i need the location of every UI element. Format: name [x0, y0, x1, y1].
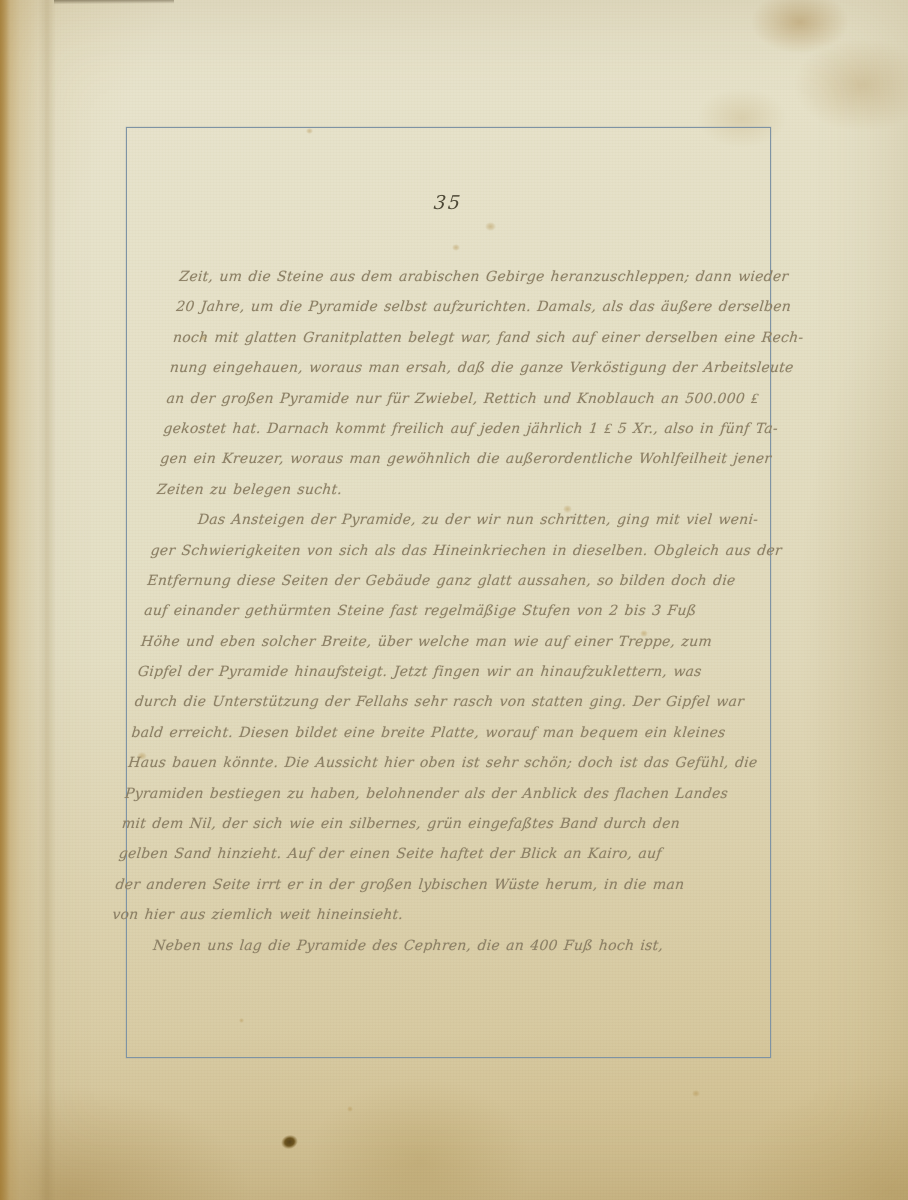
- handwriting-line: Entfernung diese Seiten der Gebäude ganz…: [146, 566, 714, 596]
- handwriting-line: durch die Unterstützung der Fellahs sehr…: [133, 687, 701, 717]
- foxing-spot: [347, 1106, 353, 1112]
- handwriting-line: Gipfel der Pyramide hinaufsteigt. Jetzt …: [136, 657, 704, 687]
- handwriting-line: Haus bauen könnte. Die Aussicht hier obe…: [127, 748, 695, 778]
- handwriting-line: mit dem Nil, der sich wie ein silbernes,…: [120, 809, 688, 839]
- handwriting-line: auf einander gethürmten Steine fast rege…: [143, 596, 711, 626]
- handwriting-line: Pyramiden bestiegen zu haben, belohnende…: [124, 779, 692, 809]
- foxing-spot: [692, 1090, 700, 1097]
- handwriting-line: gelben Sand hinzieht. Auf der einen Seit…: [117, 839, 685, 869]
- handwriting-line: Neben uns lag die Pyramide des Cephren, …: [108, 931, 676, 961]
- handwriting-line: gen ein Kreuzer, woraus man gewöhnlich d…: [159, 444, 727, 474]
- foxing-spot: [239, 1018, 244, 1023]
- foxing-spot: [452, 244, 460, 251]
- handwriting-line: an der großen Pyramide nur für Zwiebel, …: [165, 384, 733, 414]
- left-page-edge: [0, 0, 44, 1200]
- foxing-spot: [306, 128, 313, 134]
- handwriting-line: 20 Jahre, um die Pyramide selbst aufzuri…: [175, 292, 743, 322]
- handwriting-line: nung eingehauen, woraus man ersah, daß d…: [168, 353, 736, 383]
- handwriting-line: Das Ansteigen der Pyramide, zu der wir n…: [152, 505, 720, 535]
- handwriting-line: bald erreicht. Diesen bildet eine breite…: [130, 718, 698, 748]
- fold-shadow: [38, 0, 56, 1200]
- handwriting-line: Zeiten zu belegen sucht.: [155, 475, 723, 505]
- top-edge-shadow: [54, 0, 174, 4]
- ink-stain: [279, 1133, 299, 1151]
- left-page-edge-shadow: [0, 0, 10, 1200]
- handwriting-line: noch mit glatten Granitplatten belegt wa…: [171, 323, 739, 353]
- handwriting-line: der anderen Seite irrt er in der großen …: [114, 870, 682, 900]
- handwriting-line: Höhe und eben solcher Breite, über welch…: [139, 627, 707, 657]
- handwriting-line: gekostet hat. Darnach kommt freilich auf…: [162, 414, 730, 444]
- handwriting-line: von hier aus ziemlich weit hineinsieht.: [111, 900, 679, 930]
- page-number: 35: [407, 192, 489, 214]
- manuscript-page-photo: 35 Zeit, um die Steine aus dem arabische…: [0, 0, 908, 1200]
- manuscript-text: Zeit, um die Steine aus dem arabischen G…: [108, 262, 746, 961]
- foxing-spot: [485, 222, 496, 231]
- handwriting-line: Zeit, um die Steine aus dem arabischen G…: [178, 262, 746, 292]
- handwriting-line: ger Schwierigkeiten von sich als das Hin…: [149, 536, 717, 566]
